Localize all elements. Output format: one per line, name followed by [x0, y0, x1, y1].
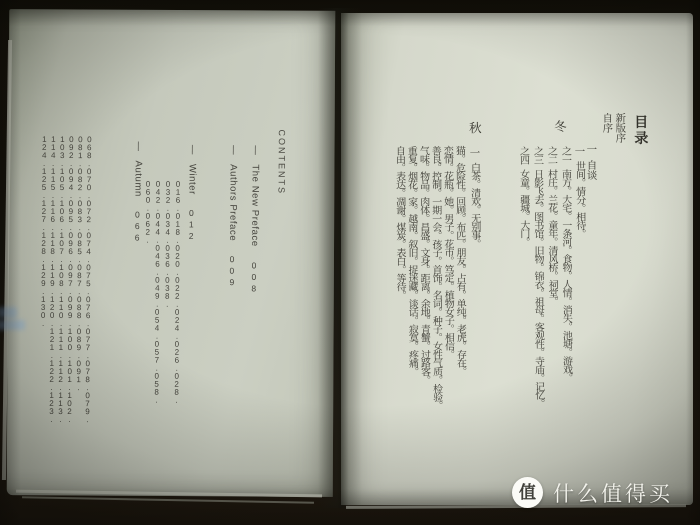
smzdm-logo-icon: 值 [512, 477, 543, 508]
blue-watermark-fragment [0, 320, 25, 330]
entry-dash: — [187, 145, 198, 155]
entry-page-number: 066 [132, 210, 142, 245]
entry-dash: — [133, 141, 144, 151]
toc-entry-autumn: —Autumn066 [132, 141, 144, 244]
entry-label: The New Preface [249, 164, 261, 246]
smzdm-watermark-text: 什么值得买 [553, 478, 673, 508]
smzdm-logo-char: 值 [519, 484, 536, 501]
toc-entry-authors-preface: —Authors Preface009 [227, 145, 239, 289]
entry-label: Winter [186, 164, 197, 195]
entry-page-number: 012 [186, 208, 196, 243]
winter-pages-col3: 042.044.046.049.054.057.058. [152, 180, 163, 404]
entry-label: Autumn [132, 161, 143, 197]
entry-page-number: 008 [249, 260, 259, 295]
winter-pages-col1: 016.018.020.022.024.026.028. [172, 180, 183, 404]
blue-watermark-fragment [0, 307, 17, 318]
left-page-text: CONTENTS —The New Preface008 —Authors Pr… [0, 0, 700, 525]
entry-dash: — [228, 145, 239, 155]
entry-page-number: 009 [227, 254, 237, 289]
autumn-pages-col6: 124.125.127.128.129.130. [39, 135, 49, 327]
toc-entry-new-preface: —The New Preface008 [249, 145, 261, 294]
winter-pages-col2: 032.034.036.038. [163, 180, 173, 308]
entry-label: Authors Preface [227, 164, 239, 241]
autumn-pages-col2: 081.082.083.085.087.088.089.091. [74, 135, 85, 391]
toc-entry-winter: —Winter012 [186, 145, 198, 243]
contents-title: CONTENTS [276, 129, 286, 195]
winter-pages-col4: 060.062. [143, 180, 152, 244]
book-photo: 目录 新版序 自序 一 自谈 冬 一 世间。情分。相待。 之一 南方。大宅。一条… [0, 0, 700, 525]
smzdm-watermark: 值 什么值得买 [512, 477, 673, 508]
entry-dash: — [250, 145, 261, 155]
